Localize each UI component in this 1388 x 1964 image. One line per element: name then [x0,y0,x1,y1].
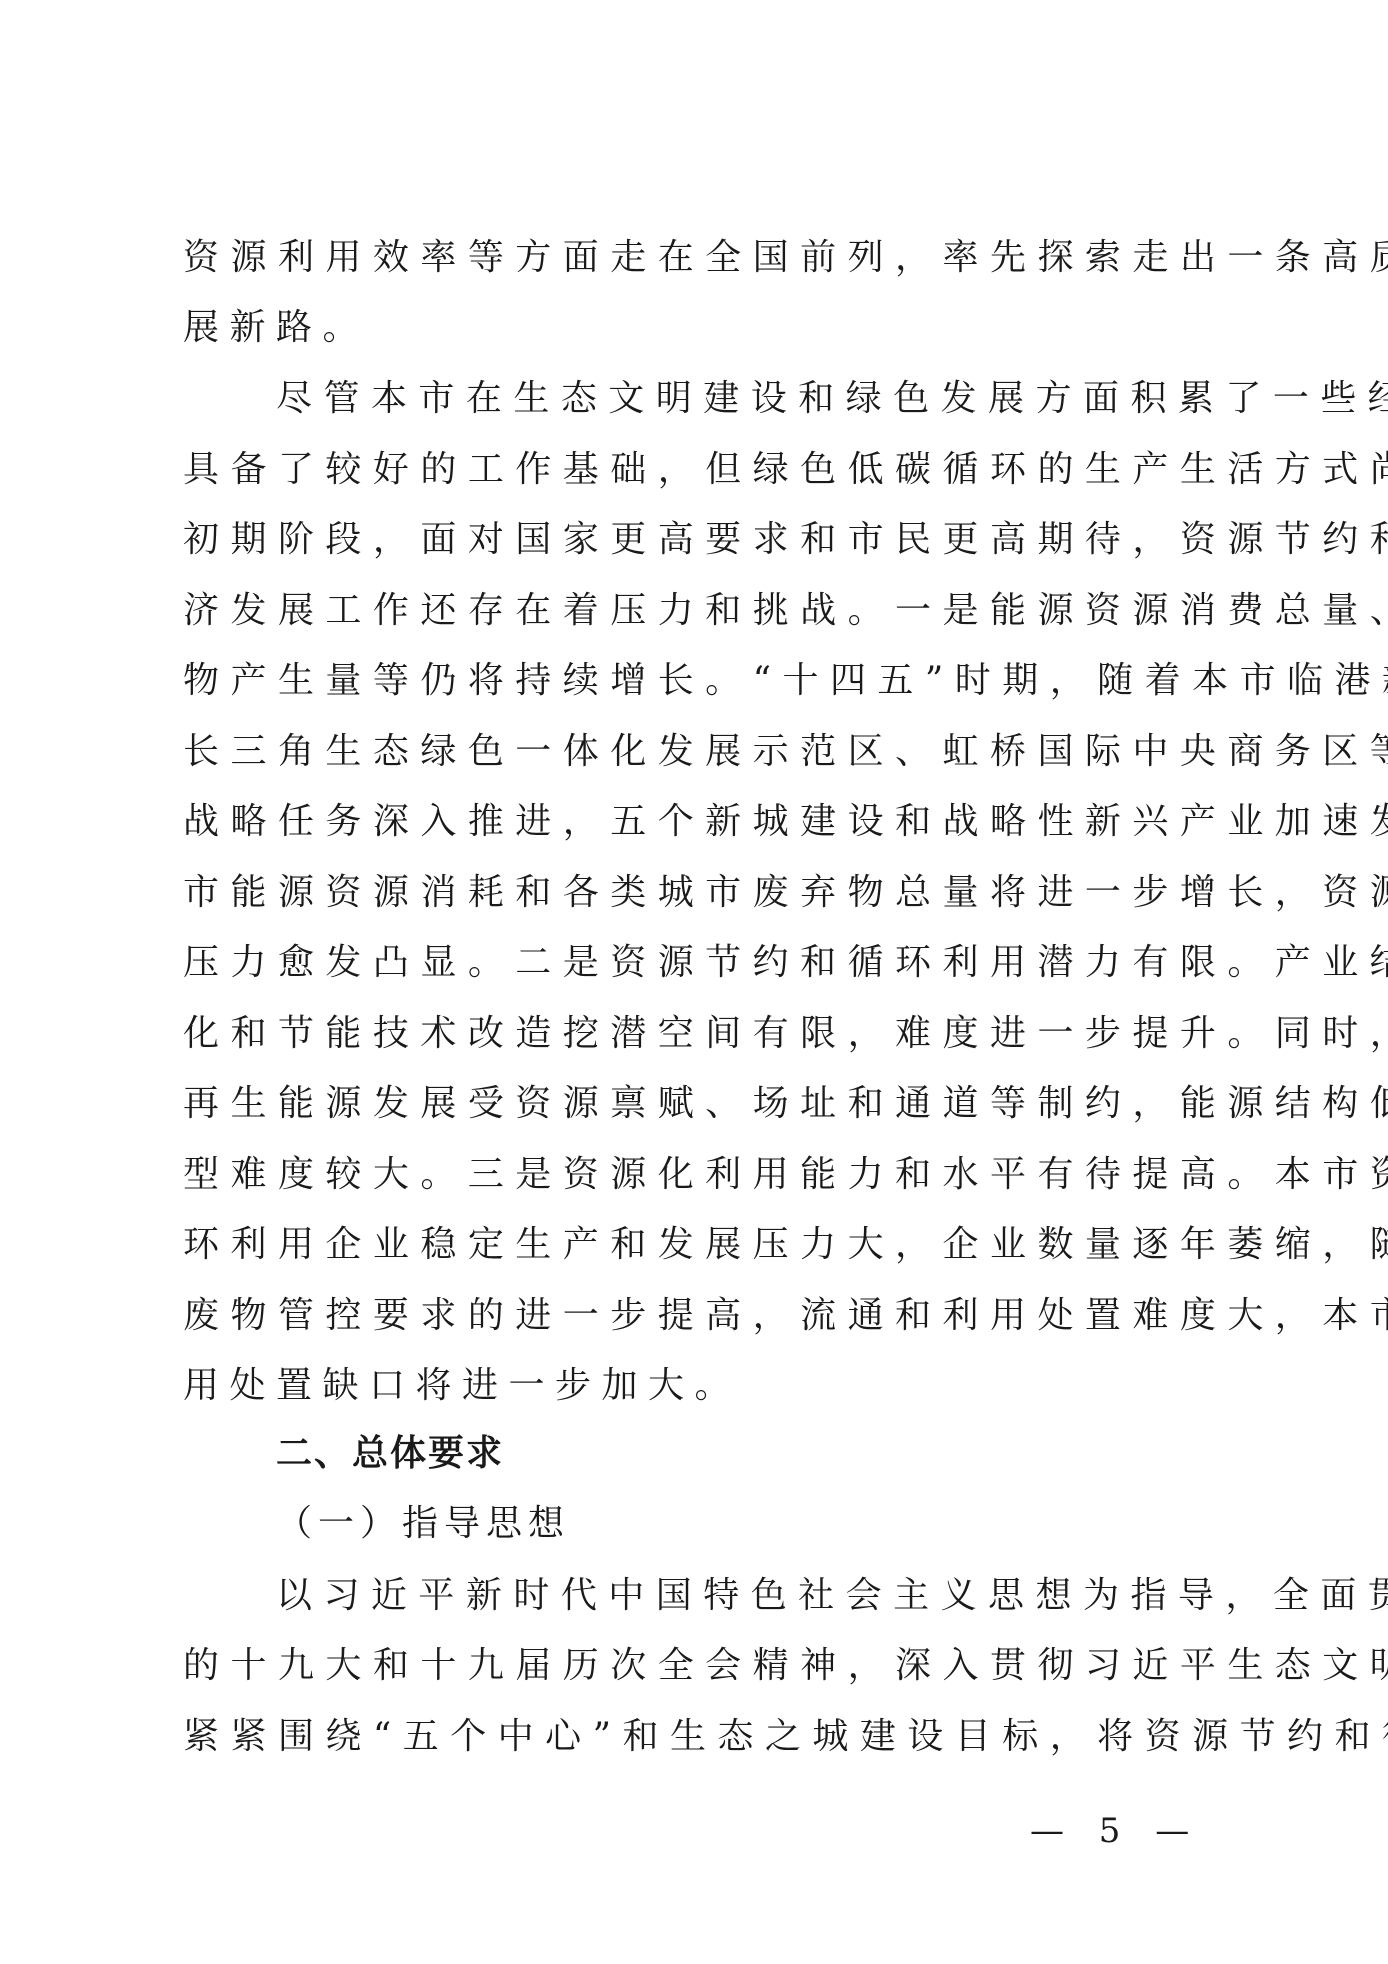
page-number: — 5 — [1030,1806,1201,1856]
paragraph-line: 紧 紧 围 绕 “ 五 个 中 心 ” 和 生 态 之 城 建 设 目 标 ， … [183,1707,1207,1767]
paragraph-line: 物 产 生 量 等 仍 将 持 续 增 长 。 “ 十 四 五 ” 时 期 ， … [183,651,1207,711]
document-page: 资 源 利 用 效 率 等 方 面 走 在 全 国 前 列 ， 率 先 探 索 … [0,0,1388,1964]
paragraph-line: 资 源 利 用 效 率 等 方 面 走 在 全 国 前 列 ， 率 先 探 索 … [183,228,1207,288]
paragraph-line: 初 期 阶 段 ， 面 对 国 家 更 高 要 求 和 市 民 更 高 期 待 … [183,510,1207,570]
paragraph-line: 的 十 九 大 和 十 九 届 历 次 全 会 精 神 ， 深 入 贯 彻 习 … [183,1636,1207,1696]
paragraph-line: 具 备 了 较 好 的 工 作 基 础 ， 但 绿 色 低 碳 循 环 的 生 … [183,440,1207,500]
paragraph-line: 市 能 源 资 源 消 耗 和 各 类 城 市 废 弃 物 总 量 将 进 一 … [183,863,1207,923]
paragraph-line: 环 利 用 企 业 稳 定 生 产 和 发 展 压 力 大 ， 企 业 数 量 … [183,1215,1207,1275]
subsection-heading: （一）指导思想 [276,1494,1207,1554]
paragraph-line: 用处置缺口将进一步加大。 [183,1356,1207,1416]
paragraph-line: 尽 管 本 市 在 生 态 文 明 建 设 和 绿 色 发 展 方 面 积 累 … [276,369,1207,429]
section-heading: 二、总体要求 [276,1424,1207,1484]
paragraph-line: 再 生 能 源 发 展 受 资 源 禀 赋 、 场 址 和 通 道 等 制 约 … [183,1074,1207,1134]
paragraph-line: 济 发 展 工 作 还 存 在 着 压 力 和 挑 战 。 一 是 能 源 资 … [183,581,1207,641]
paragraph-line: 型 难 度 较 大 。 三 是 资 源 化 利 用 能 力 和 水 平 有 待 … [183,1145,1207,1205]
paragraph-line: 废 物 管 控 要 求 的 进 一 步 提 高 ， 流 通 和 利 用 处 置 … [183,1286,1207,1346]
paragraph-line: 化 和 节 能 技 术 改 造 挖 潜 空 间 有 限 ， 难 度 进 一 步 … [183,1004,1207,1064]
paragraph-line: 长 三 角 生 态 绿 色 一 体 化 发 展 示 范 区 、 虹 桥 国 际 … [183,722,1207,782]
paragraph-line: 展新路。 [183,298,1207,358]
paragraph-line: 战 略 任 务 深 入 推 进 ， 五 个 新 城 建 设 和 战 略 性 新 … [183,792,1207,852]
paragraph-line: 以 习 近 平 新 时 代 中 国 特 色 社 会 主 义 思 想 为 指 导 … [276,1566,1207,1626]
paragraph-line: 压 力 愈 发 凸 显 。 二 是 资 源 节 约 和 循 环 利 用 潜 力 … [183,933,1207,993]
